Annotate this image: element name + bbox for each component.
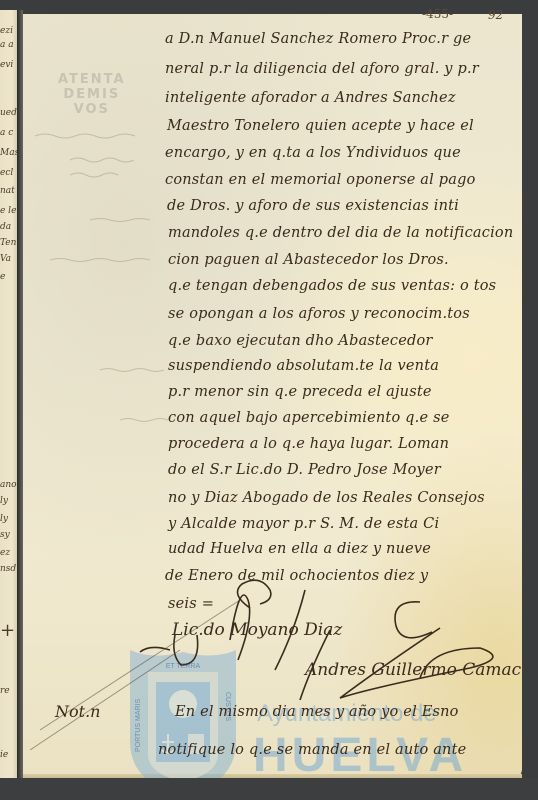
bleed-through-stamp: ATENTA DEMIS VOS [58, 72, 126, 117]
prev-page-cross: + [0, 620, 15, 641]
scan-bottom-border [0, 778, 538, 800]
manuscript-line: con aquel bajo apercebimiento q.e se [168, 410, 450, 426]
manuscript-line: mandoles q.e dentro del dia de la notifi… [168, 225, 513, 241]
bleed-through-line: DEMIS [58, 87, 126, 102]
manuscript-line: cion paguen al Abastecedor los Dros. [168, 252, 449, 268]
manuscript-line: udad Huelva en ella a diez y nueve [168, 541, 431, 557]
scan-right-border [522, 0, 538, 800]
prev-page-fragment: ano [0, 480, 17, 490]
manuscript-line: no y Diaz Abogado de los Reales Consejos [168, 490, 485, 506]
folio-number: -455- [422, 7, 453, 21]
signature-moyano-diaz: Lic.do Moyano Diaz [172, 620, 342, 640]
prev-page-fragment: nat [0, 186, 15, 196]
manuscript-line: inteligente aforador a Andres Sanchez [165, 90, 456, 106]
manuscript-line: a D.n Manuel Sanchez Romero Proc.r ge [165, 31, 471, 47]
manuscript-line: do el S.r Lic.do D. Pedro Jose Moyer [168, 462, 441, 478]
bleed-through-line: ATENTA [58, 72, 126, 87]
signature-andres-guillermo: Andres Guillermo Camacho [305, 660, 538, 680]
prev-page-fragment: Mas [0, 148, 17, 158]
prev-page-fragment: Va [0, 254, 11, 264]
manuscript-line: de Enero de mil ochocientos diez y [165, 568, 428, 584]
prev-page-fragment: ly [0, 514, 8, 524]
scanned-document: ezi a a evi ued a c Mas ecl nat e le da … [0, 0, 538, 800]
manuscript-line: p.r menor sin q.e preceda el ajuste [168, 384, 432, 400]
prev-page-fragment: sy [0, 530, 10, 540]
prev-page-fragment: Ten [0, 238, 16, 248]
prev-page-fragment: e le [0, 206, 16, 216]
notation-line: notifique lo q.e se manda en el auto ant… [158, 742, 466, 758]
manuscript-line: y Alcalde mayor p.r S. M. de esta Ci [168, 516, 439, 532]
prev-page-fragment: ezi [0, 26, 13, 36]
folio-secondary: 92 [488, 10, 503, 21]
manuscript-line: constan en el memorial oponerse al pago [165, 172, 476, 188]
previous-page-edge: ezi a a evi ued a c Mas ecl nat e le da … [0, 10, 17, 780]
manuscript-line: q.e tengan debengados de sus ventas: o t… [168, 278, 496, 294]
watermark-motto-left: PORTUS MARIS [135, 699, 142, 752]
folio-secondary-value: 92 [488, 8, 503, 22]
margin-notation-label: Not.n [55, 702, 100, 721]
prev-page-fragment: ie [0, 750, 8, 760]
manuscript-line: de Dros. y aforo de sus existencias inti [167, 198, 459, 214]
manuscript-line: procedera a lo q.e haya lugar. Loman [168, 436, 449, 452]
bleed-through-line: VOS [58, 102, 126, 117]
manuscript-line: seis = [168, 596, 214, 612]
manuscript-line: neral p.r la diligencia del aforo gral. … [165, 61, 479, 77]
prev-page-fragment: da [0, 222, 11, 232]
scan-top-border [0, 0, 538, 14]
manuscript-line: encargo, y en q.ta a los Yndividuos que [165, 145, 461, 161]
manuscript-line: Maestro Tonelero quien acepte y hace el [167, 118, 474, 134]
prev-page-fragment: ecl [0, 168, 13, 178]
watermark-shield-icon: ET TERRA PORTUS MARIS CUSTOS [122, 642, 244, 800]
prev-page-fragment: evi [0, 60, 13, 70]
watermark-motto-top: ET TERRA [166, 663, 201, 670]
prev-page-fragment: re [0, 686, 10, 696]
prev-page-fragment: a a [0, 40, 14, 50]
manuscript-line: suspendiendo absolutam.te la venta [168, 358, 439, 374]
manuscript-line: q.e baxo ejecutan dho Abastecedor [168, 333, 433, 349]
prev-page-fragment: ued [0, 108, 17, 118]
prev-page-fragment: nsd [0, 564, 16, 574]
prev-page-fragment: ez [0, 548, 10, 558]
prev-page-fragment: a c [0, 128, 13, 138]
prev-page-fragment: e [0, 272, 5, 282]
prev-page-fragment: ly [0, 496, 8, 506]
notation-line: En el mismo dia mes y año yo el Esno [175, 704, 459, 720]
manuscript-line: se opongan a los aforos y reconocim.tos [168, 306, 470, 322]
